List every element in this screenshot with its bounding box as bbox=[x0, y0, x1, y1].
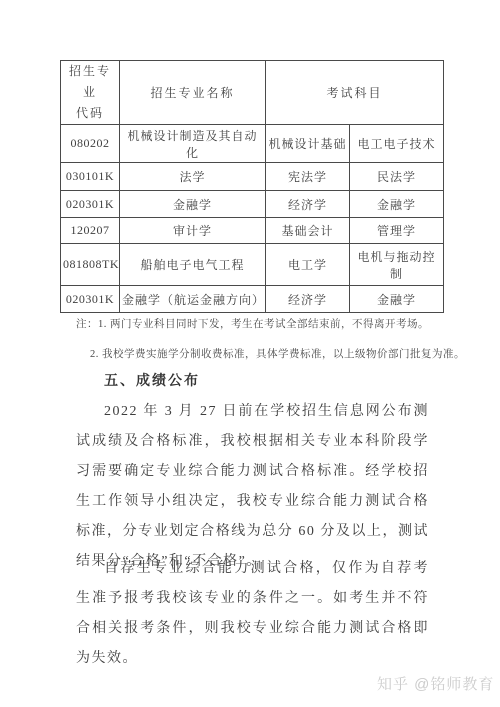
column-header-code-line1: 招生专业 bbox=[63, 61, 117, 103]
cell-code: 030101K bbox=[61, 163, 120, 191]
table-row: 020301K 金融学（航运金融方向） 经济学 金融学 bbox=[61, 286, 444, 313]
cell-subject-2: 管理学 bbox=[350, 218, 444, 244]
cell-major-name: 审计学 bbox=[120, 218, 266, 244]
section-paragraph-2: 自荐生专业综合能力测试合格，仅作为自荐考生准予报考我校该专业的条件之一。如考生并… bbox=[76, 554, 429, 674]
table-row: 020301K 金融学 经济学 金融学 bbox=[61, 191, 444, 218]
cell-subject-2: 电机与拖动控制 bbox=[350, 244, 444, 286]
cell-major-name: 机械设计制造及其自动化 bbox=[120, 125, 266, 163]
cell-subject-1: 宪法学 bbox=[266, 163, 350, 191]
table-row: 081808TK 船舶电子电气工程 电工学 电机与拖动控制 bbox=[61, 244, 444, 286]
table-row: 120207 审计学 基础会计 管理学 bbox=[61, 218, 444, 244]
cell-major-name: 船舶电子电气工程 bbox=[120, 244, 266, 286]
admission-majors-table: 招生专业 代码 招生专业名称 考试科目 080202 机械设计制造及其自动化 机… bbox=[60, 60, 444, 313]
cell-subject-1: 电工学 bbox=[266, 244, 350, 286]
cell-subject-2: 金融学 bbox=[350, 286, 444, 313]
table-note-1: 注：1. 两门专业科目同时下发，考生在考试全部结束前，不得离开考场。 bbox=[76, 316, 429, 331]
table-note-2: 2. 我校学费实施学分制收费标准，具体学费标准，以上级物价部门批复为准。 bbox=[90, 346, 465, 361]
column-header-code-line2: 代码 bbox=[63, 103, 117, 124]
cell-code: 020301K bbox=[61, 286, 120, 313]
cell-code: 081808TK bbox=[61, 244, 120, 286]
section-paragraph-1: 2022 年 3 月 27 日前在学校招生信息网公布测试成绩及合格标准，我校根据… bbox=[76, 397, 429, 577]
cell-subject-1: 经济学 bbox=[266, 191, 350, 218]
cell-major-name: 法学 bbox=[120, 163, 266, 191]
cell-subject-1: 机械设计基础 bbox=[266, 125, 350, 163]
table-row: 030101K 法学 宪法学 民法学 bbox=[61, 163, 444, 191]
cell-subject-1: 基础会计 bbox=[266, 218, 350, 244]
cell-major-name: 金融学 bbox=[120, 191, 266, 218]
cell-code: 020301K bbox=[61, 191, 120, 218]
table-header-row: 招生专业 代码 招生专业名称 考试科目 bbox=[61, 61, 444, 125]
cell-subject-1: 经济学 bbox=[266, 286, 350, 313]
table-row: 080202 机械设计制造及其自动化 机械设计基础 电工电子技术 bbox=[61, 125, 444, 163]
column-header-subjects: 考试科目 bbox=[266, 61, 444, 125]
cell-major-name: 金融学（航运金融方向） bbox=[120, 286, 266, 313]
cell-subject-2: 民法学 bbox=[350, 163, 444, 191]
column-header-code: 招生专业 代码 bbox=[61, 61, 120, 125]
zhihu-watermark: 知乎 @铭师教育 bbox=[377, 673, 494, 694]
cell-subject-2: 电工电子技术 bbox=[350, 125, 444, 163]
document-page: 招生专业 代码 招生专业名称 考试科目 080202 机械设计制造及其自动化 机… bbox=[0, 0, 500, 707]
cell-code: 120207 bbox=[61, 218, 120, 244]
cell-code: 080202 bbox=[61, 125, 120, 163]
cell-subject-2: 金融学 bbox=[350, 191, 444, 218]
column-header-name: 招生专业名称 bbox=[120, 61, 266, 125]
section-heading: 五、成绩公布 bbox=[104, 370, 200, 390]
